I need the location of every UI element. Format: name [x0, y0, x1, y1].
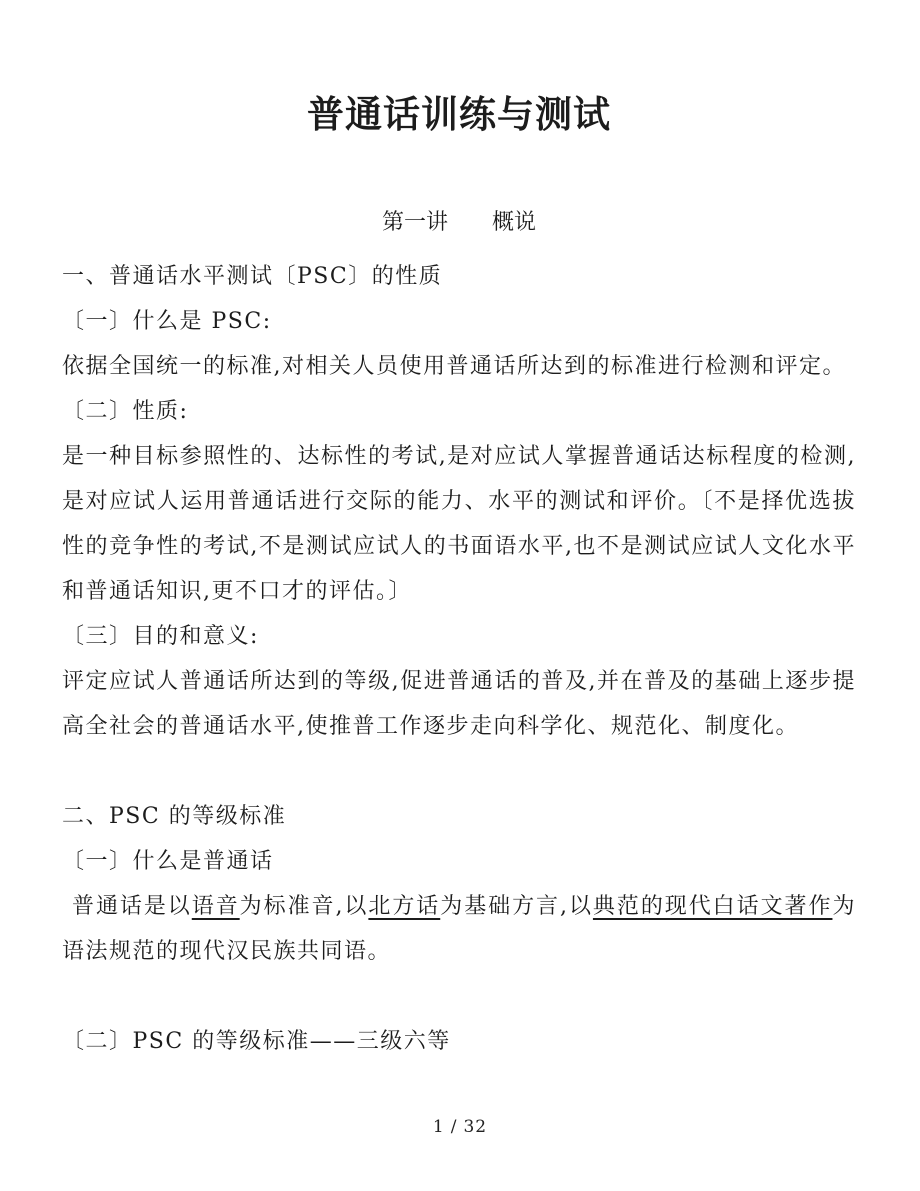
subsection-heading-1-2: 〔二〕性质:: [62, 389, 856, 434]
blank-line: [62, 749, 856, 794]
paragraph-purpose: 评定应试人普通话所达到的等级,促进普通话的普及,并在普及的基础上逐步提高全社会的…: [62, 659, 856, 749]
document-content: 普通话训练与测试 第一讲 概说 一、普通话水平测试〔PSC〕的性质 〔一〕什么是…: [0, 0, 920, 1064]
subsection-heading-1-1: 〔一〕什么是 PSC:: [62, 299, 856, 344]
section-heading-2: 二、PSC 的等级标准: [62, 794, 856, 839]
page-number-current: 1: [430, 1117, 448, 1137]
underlined-term-baihuawen: 典范的现代白话文著作: [593, 894, 833, 919]
text-run: 为标准音,以: [240, 894, 369, 919]
paragraph-nature: 是一种目标参照性的、达标性的考试,是对应试人掌握普通话达标程度的检测,是对应试人…: [62, 434, 856, 614]
section-heading-1: 一、普通话水平测试〔PSC〕的性质: [62, 254, 856, 299]
document-page: 普通话训练与测试 第一讲 概说 一、普通话水平测试〔PSC〕的性质 〔一〕什么是…: [0, 0, 920, 1191]
underlined-term-beifanghua: 北方话: [368, 894, 440, 919]
text-run: 为基础方言,以: [440, 894, 593, 919]
page-footer: 1/32: [0, 1117, 920, 1137]
subsection-heading-1-3: 〔三〕目的和意义:: [62, 614, 856, 659]
paragraph-definition: 依据全国统一的标准,对相关人员使用普通话所达到的标准进行检测和评定。: [62, 344, 856, 389]
underlined-term-yuyin: 语音: [192, 894, 240, 919]
blank-line: [62, 974, 856, 1019]
subsection-heading-2-2: 〔二〕PSC 的等级标准——三级六等: [62, 1019, 856, 1064]
document-title: 普通话训练与测试: [62, 0, 856, 140]
subsection-heading-2-1: 〔一〕什么是普通话: [62, 839, 856, 884]
page-number-total: 32: [460, 1117, 490, 1137]
paragraph-putonghua-definition: 普通话是以语音为标准音,以北方话为基础方言,以典范的现代白话文著作为语法规范的现…: [62, 884, 856, 974]
text-run: 普通话是以: [72, 894, 192, 919]
page-number-separator: /: [448, 1117, 461, 1137]
lecture-heading: 第一讲 概说: [62, 140, 856, 254]
